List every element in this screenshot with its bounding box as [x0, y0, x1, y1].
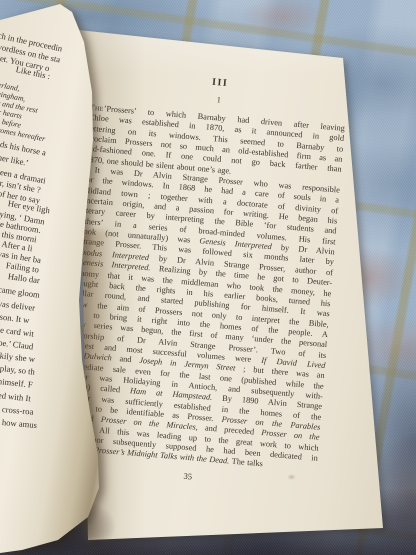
- left-page-text-fragment: himself. F: [0, 376, 33, 390]
- left-page-paper: ch in the proceedinwordless on the stave…: [0, 0, 115, 555]
- left-book-page-curled: ch in the proceedinwordless on the stave…: [0, 0, 115, 555]
- left-page-text-fragment: how amus: [2, 417, 38, 430]
- photo-open-book-on-tartan-blanket: { "scene": { "description_labels": { "ba…: [0, 0, 416, 555]
- left-page-text-fragment: came gloom: [0, 284, 41, 300]
- left-page-text-fragment: ed with It: [0, 390, 31, 403]
- left-page-text-fragment: ason. It w: [0, 311, 30, 325]
- left-page-text-fragment: loe.’ Claud: [0, 337, 34, 352]
- left-page-text-fragment: ckily she w: [0, 350, 35, 364]
- left-page-text-fragment: he card wit: [0, 324, 35, 339]
- left-page-text-fragment: play, so th: [0, 363, 35, 377]
- left-page-text-fragment: her like.’: [0, 152, 29, 168]
- left-page-text-fragment: cross-roa: [2, 404, 34, 417]
- left-page-text-block: ch in the proceedinwordless on the stave…: [0, 0, 115, 555]
- left-page-text-fragment: was deliver: [0, 298, 36, 313]
